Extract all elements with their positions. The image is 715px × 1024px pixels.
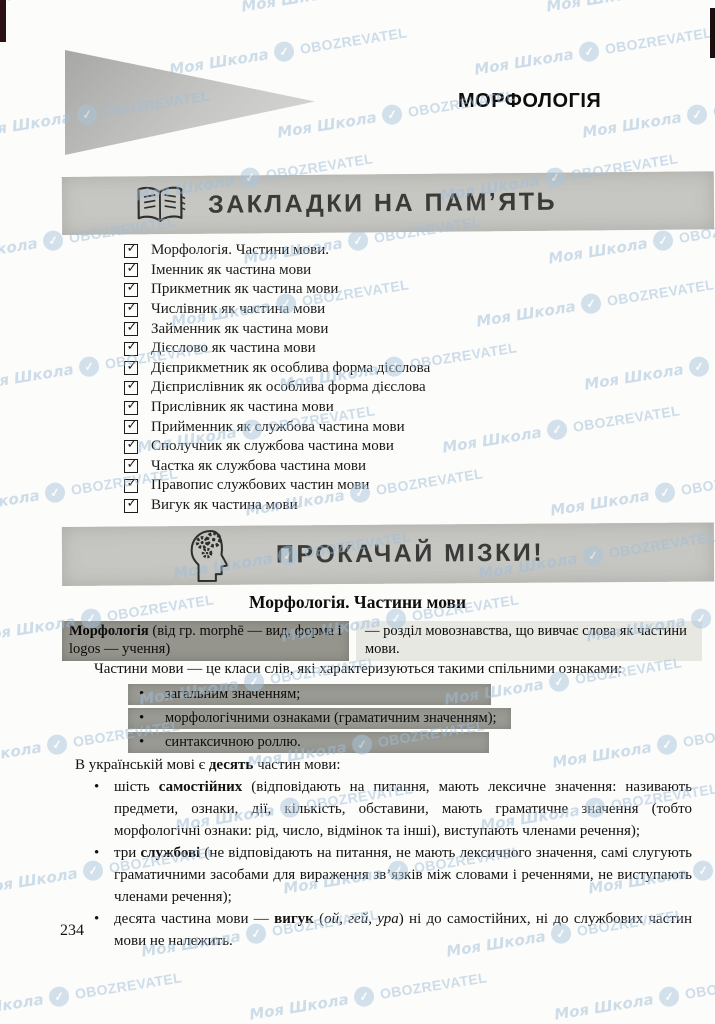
list-item: •десята частина мови — вигук (ой, гей, у…	[92, 908, 692, 952]
bullet-dot: •	[139, 686, 165, 703]
definition-term-word: Морфологія	[69, 623, 149, 639]
checklist-item-label: Морфологія. Частини мови.	[151, 242, 329, 259]
checklist-item-label: Дієприслівник як особлива форма дієслова	[151, 379, 426, 396]
obozrevatel-logo-icon: ✓	[44, 481, 67, 504]
watermark: Моя Школа✓OBOZREVATEL	[168, 22, 408, 79]
list-item: •три службові (не відповідають на питанн…	[92, 842, 692, 908]
checklist-item: ✓Прикметник як частина мови	[124, 280, 430, 300]
checkbox-checked-icon: ✓	[124, 342, 138, 356]
watermark: Моя Школа✓OBOZREVATEL	[0, 967, 183, 1024]
definition-meaning: — розділ мовознавства, що вивчає слова я…	[356, 621, 702, 661]
checklist-item: ✓Дієприслівник як особлива форма дієслов…	[124, 378, 430, 398]
section-title: Морфологія. Частини мови	[0, 592, 715, 613]
obozrevatel-logo-icon: ✓	[578, 40, 601, 63]
checklist-item: ✓Частка як службова частина мови	[124, 457, 430, 477]
bullet-dot: •	[139, 710, 165, 727]
checkbox-checked-icon: ✓	[124, 244, 138, 258]
bullet-dot: •	[139, 734, 165, 751]
checklist-item: ✓Іменник як частина мови	[124, 261, 430, 281]
obozrevatel-logo-icon: ✓	[381, 103, 404, 126]
obozrevatel-logo-icon: ✓	[652, 229, 675, 252]
obozrevatel-logo-icon: ✓	[654, 481, 677, 504]
feature-bar: •морфологічними ознаками (граматичним зн…	[128, 708, 511, 729]
page-number: 234	[60, 922, 84, 940]
watermark: Моя Школа✓OBOZREVATEL	[553, 967, 715, 1024]
obozrevatel-logo-icon: ✓	[580, 292, 603, 315]
checkbox-checked-icon: ✓	[124, 479, 138, 493]
feature-bars: •загальним значенням; •морфологічними оз…	[128, 684, 511, 756]
features-intro-paragraph: Частини мови — це класи слів, які характ…	[62, 661, 704, 678]
checkbox-checked-icon: ✓	[124, 401, 138, 415]
obozrevatel-logo-icon: ✓	[46, 733, 69, 756]
checklist-item-label: Займенник як частина мови	[151, 321, 328, 338]
obozrevatel-logo-icon: ✓	[78, 355, 101, 378]
checklist-item: ✓Прийменник як службова частина мови	[124, 417, 430, 437]
scanned-textbook-page: МОРФОЛОГІЯ ЗАКЛАДКИ НА ПАМ’ЯТЬ ✓Морфолог…	[0, 0, 715, 1024]
checklist-item: ✓Правопис службових частин мови	[124, 476, 430, 496]
bookmarks-banner-title: ЗАКЛАДКИ НА ПАМ’ЯТЬ	[208, 187, 557, 219]
chapter-title: МОРФОЛОГІЯ	[458, 90, 601, 113]
obozrevatel-logo-icon: ✓	[546, 418, 569, 441]
checklist-item-label: Сполучник як службова частина мови	[151, 438, 394, 455]
watermark: Моя Школа✓OBOZREVATEL	[475, 274, 715, 331]
checklist-item: ✓Займенник як частина мови	[124, 319, 430, 339]
definition-box: Морфологія (від гр. morphē — вид, форма …	[62, 621, 702, 661]
checkbox-checked-icon: ✓	[124, 459, 138, 473]
brain-banner: ПРОКАЧАЙ МІЗКИ!	[62, 522, 714, 586]
checklist-item: ✓Сполучник як службова частина мови	[124, 437, 430, 457]
watermark: Моя Школа✓OBOZREVATEL	[545, 0, 715, 17]
obozrevatel-logo-icon: ✓	[658, 985, 681, 1008]
checklist-item-label: Прийменник як службова частина мови	[151, 419, 405, 436]
checklist-item-label: Правопис службових частин мови	[151, 477, 369, 494]
watermark: Моя Школа✓OBOZREVATEL	[549, 463, 715, 520]
checklist-item: ✓Дієслово як частина мови	[124, 339, 430, 359]
checklist-item-label: Іменник як частина мови	[151, 262, 311, 279]
checklist-item: ✓Вигук як частина мови	[124, 496, 430, 516]
head-gears-icon	[184, 527, 234, 583]
checkbox-checked-icon: ✓	[124, 361, 138, 375]
checklist-item: ✓Дієприкметник як особлива форма дієслов…	[124, 359, 430, 379]
checkbox-checked-icon: ✓	[124, 499, 138, 513]
obozrevatel-logo-icon: ✓	[353, 985, 376, 1008]
checklist-item: ✓Морфологія. Частини мови.	[124, 241, 430, 261]
bookmarks-banner: ЗАКЛАДКИ НА ПАМ’ЯТЬ	[62, 171, 714, 235]
scan-edge-artifact-left	[0, 0, 6, 42]
bullet-dot: •	[94, 776, 99, 798]
parts-of-speech-list: •шість самостійних (відповідають на пита…	[92, 776, 692, 952]
checkbox-checked-icon: ✓	[124, 440, 138, 454]
watermark: Моя Школа✓OBOZREVATEL	[240, 0, 480, 17]
watermark: Моя Школа✓OBOZREVATEL	[441, 400, 681, 457]
obozrevatel-logo-icon: ✓	[686, 103, 709, 126]
checkbox-checked-icon: ✓	[124, 263, 138, 277]
obozrevatel-logo-icon: ✓	[656, 733, 679, 756]
watermark: Моя Школа✓OBOZREVATEL	[0, 0, 175, 17]
checkbox-checked-icon: ✓	[124, 420, 138, 434]
checklist-item-label: Частка як службова частина мови	[151, 458, 366, 475]
watermark: Моя Школа✓OBOZREVATEL	[473, 22, 713, 79]
watermark: Моя Школа✓OBOZREVATEL	[583, 337, 715, 394]
open-book-icon	[134, 182, 186, 228]
obozrevatel-logo-icon: ✓	[273, 40, 296, 63]
bullet-dot: •	[94, 842, 99, 864]
scan-edge-artifact-right	[710, 8, 715, 58]
brain-banner-title: ПРОКАЧАЙ МІЗКИ!	[276, 539, 544, 570]
checklist-item: ✓Прислівник як частина мови	[124, 398, 430, 418]
checklist-item: ✓Числівник як частина мови	[124, 300, 430, 320]
checklist-item-label: Прикметник як частина мови	[151, 281, 338, 298]
chapter-pennant-shape	[65, 50, 315, 155]
obozrevatel-logo-icon: ✓	[692, 859, 715, 882]
feature-bar: •синтаксичною роллю.	[128, 732, 489, 753]
checklist-item-label: Дієприкметник як особлива форма дієслова	[151, 360, 430, 377]
definition-term: Морфологія (від гр. morphē — вид, форма …	[62, 621, 349, 661]
checkbox-checked-icon: ✓	[124, 322, 138, 336]
bullet-dot: •	[94, 908, 99, 930]
list-item: •шість самостійних (відповідають на пита…	[92, 776, 692, 842]
feature-bar: •загальним значенням;	[128, 684, 491, 705]
checkbox-checked-icon: ✓	[124, 283, 138, 297]
obozrevatel-logo-icon: ✓	[48, 985, 71, 1008]
obozrevatel-logo-icon: ✓	[688, 355, 711, 378]
checklist-item-label: Вигук як частина мови	[151, 497, 298, 514]
checkbox-checked-icon: ✓	[124, 303, 138, 317]
checklist-item-label: Прислівник як частина мови	[151, 399, 334, 416]
checklist-item-label: Дієслово як частина мови	[151, 340, 316, 357]
ten-parts-line: В українській мові є десять частин мови:	[75, 757, 695, 774]
watermark: Моя Школа✓OBOZREVATEL	[248, 967, 488, 1024]
checklist-item-label: Числівник як частина мови	[151, 301, 325, 318]
checklist: ✓Морфологія. Частини мови.✓Іменник як ча…	[124, 241, 430, 515]
checkbox-checked-icon: ✓	[124, 381, 138, 395]
